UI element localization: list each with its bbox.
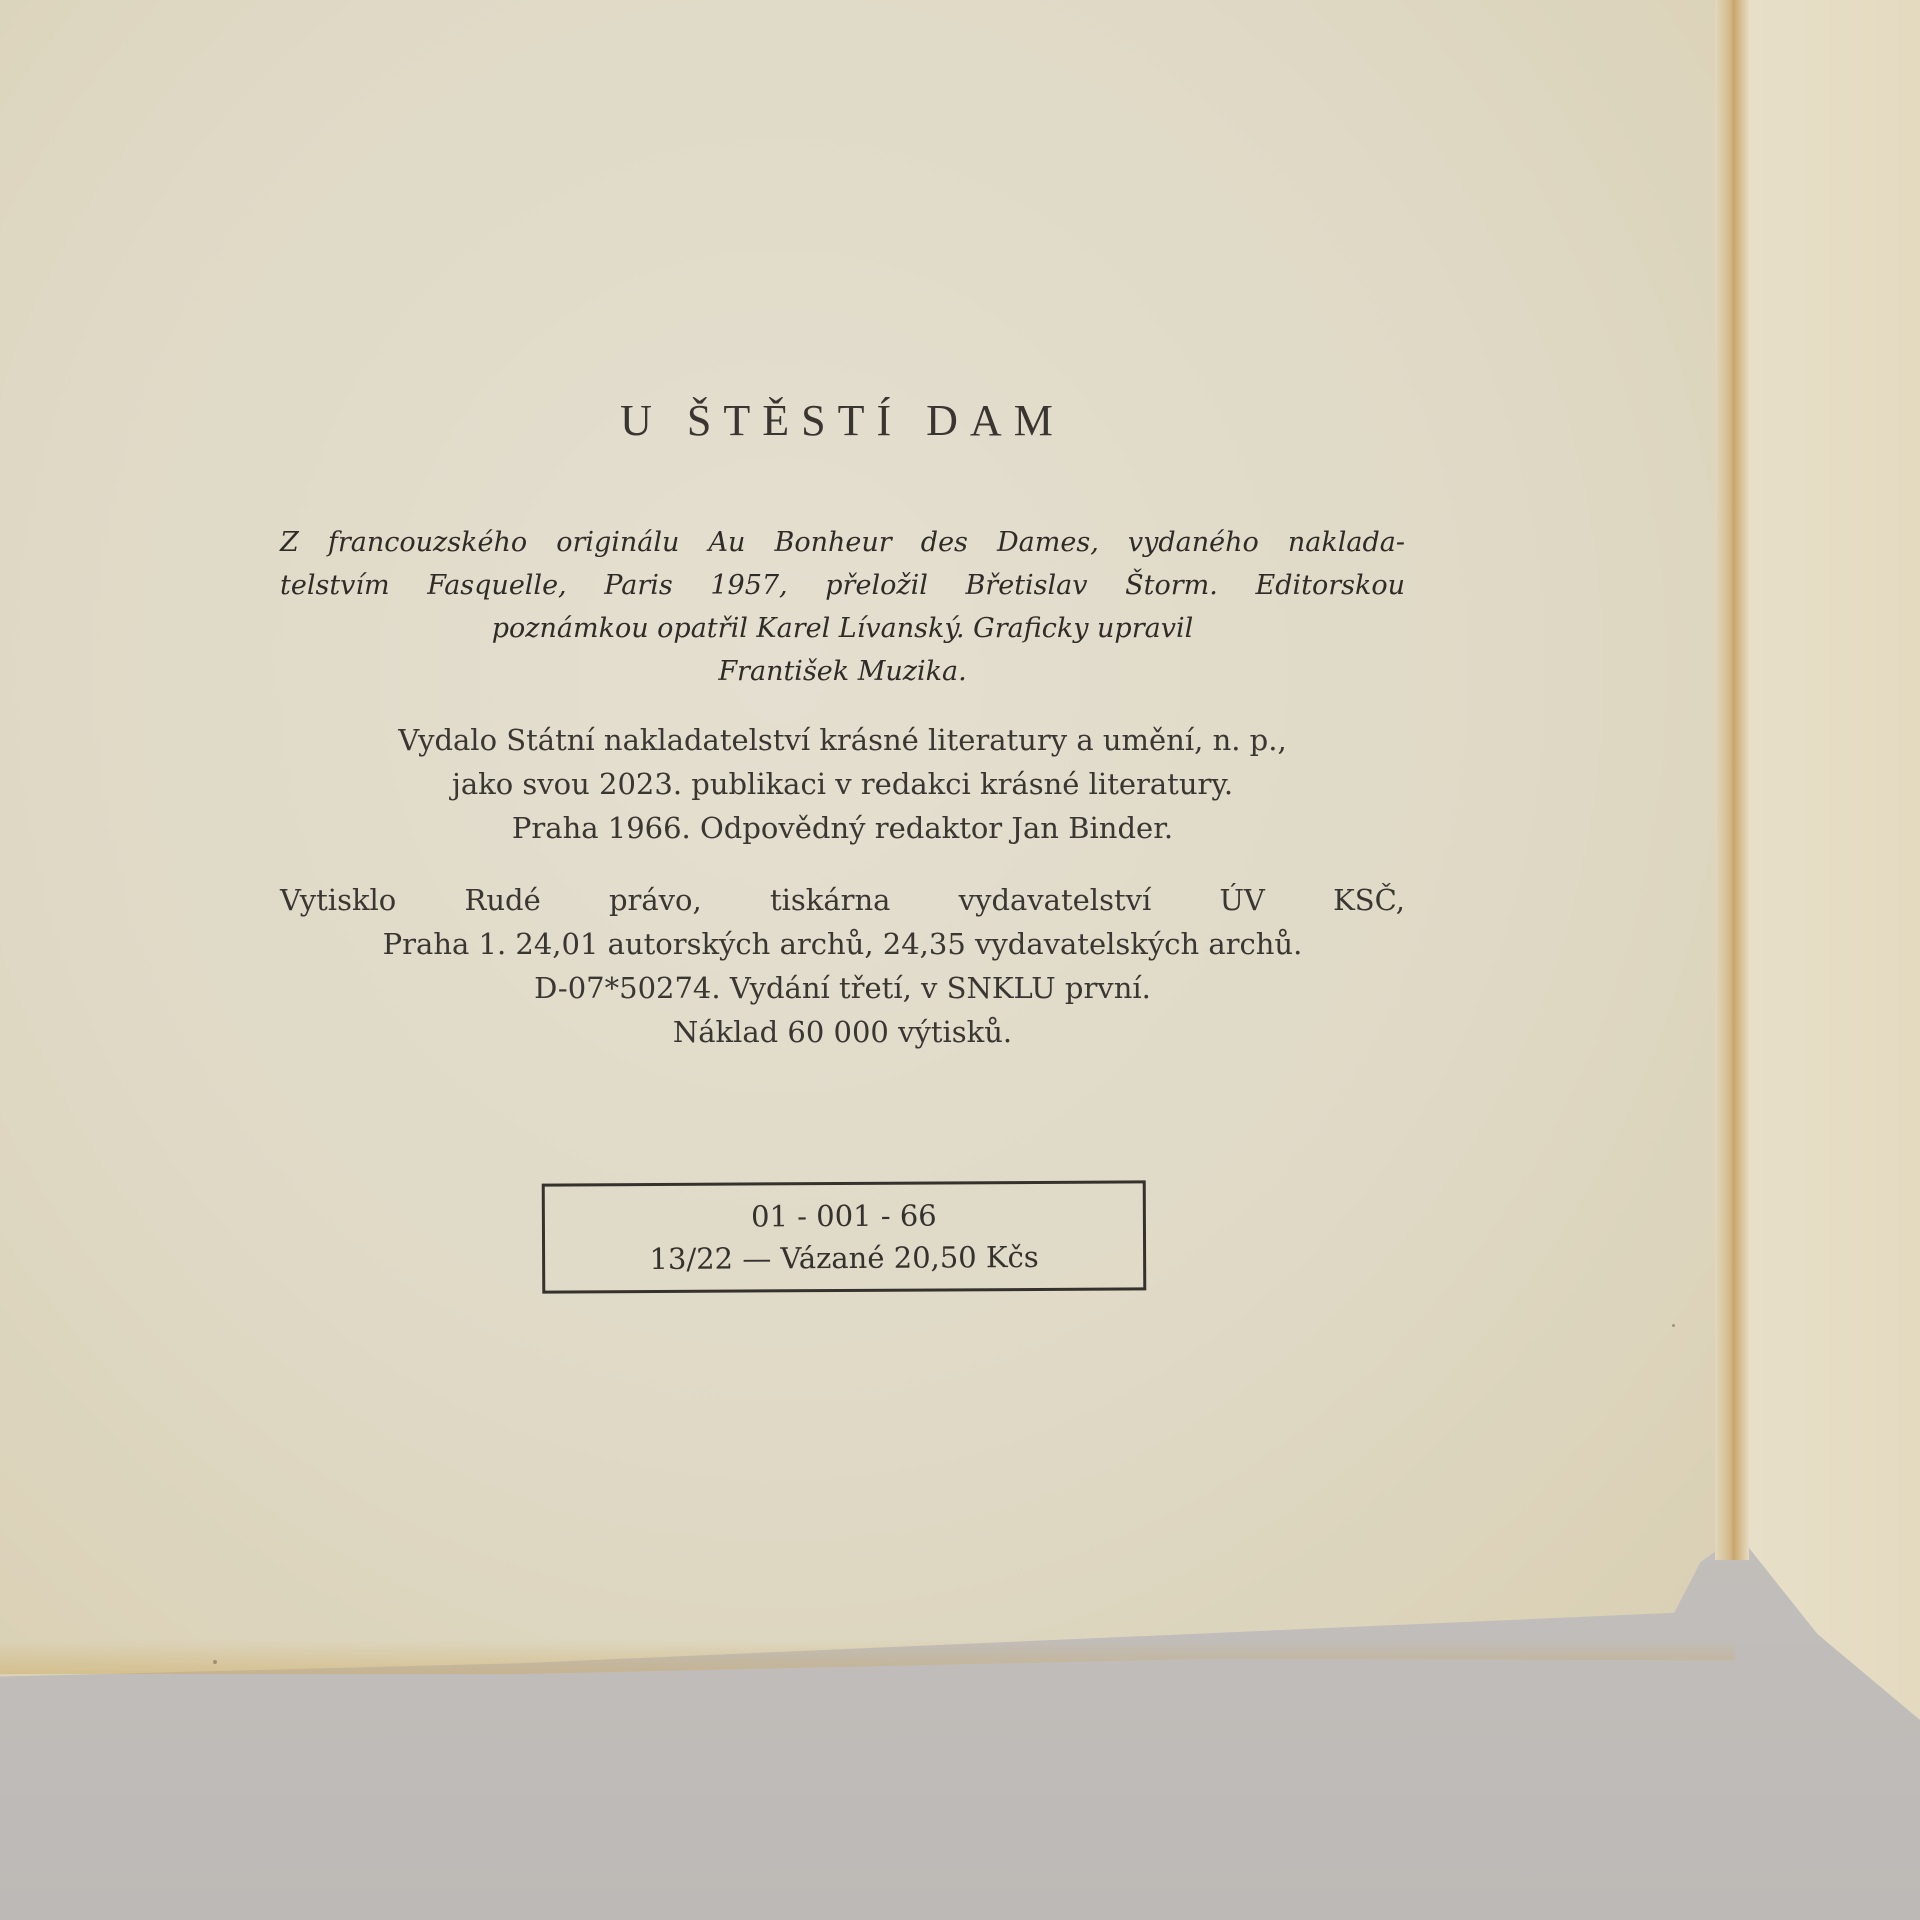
credits-line: František Muzika. (280, 650, 1405, 693)
paper-speck (213, 1660, 217, 1664)
printer-info: Vytisklo Rudé právo, tiskárna vydavatels… (280, 878, 1405, 1054)
credits-line: Z francouzského originálu Au Bonheur des… (280, 521, 1405, 564)
colophon: U ŠTĚSTÍ DAM Z francouzského originálu A… (280, 395, 1405, 1082)
publisher-info: Vydalo Státní nakladatelství krásné lite… (280, 718, 1405, 850)
printer-line: Vytisklo Rudé právo, tiskárna vydavatels… (280, 878, 1405, 922)
credits-line: telstvím Fasquelle, Paris 1957, přeložil… (280, 564, 1405, 607)
printer-line: D-07*50274. Vydání třetí, v SNKLU první. (280, 966, 1405, 1010)
publisher-line: Vydalo Státní nakladatelství krásné lite… (280, 718, 1405, 762)
printer-line: Náklad 60 000 výtisků. (280, 1010, 1405, 1054)
price-box: 01 - 001 - 66 13/22 — Vázané 20,50 Kčs (542, 1180, 1147, 1293)
publisher-line: Praha 1966. Odpovědný redaktor Jan Binde… (280, 806, 1405, 850)
facing-page (1749, 0, 1920, 1720)
catalog-code: 01 - 001 - 66 (545, 1193, 1143, 1238)
translation-credits: Z francouzského originálu Au Bonheur des… (280, 521, 1405, 693)
publisher-line: jako svou 2023. publikaci v redakci krás… (280, 762, 1405, 806)
printer-line: Praha 1. 24,01 autorských archů, 24,35 v… (280, 922, 1405, 966)
book-title: U ŠTĚSTÍ DAM (280, 395, 1405, 446)
paper-speck (1672, 1324, 1675, 1327)
price-label: 13/22 — Vázané 20,50 Kčs (545, 1235, 1143, 1280)
credits-line: poznámkou opatřil Karel Lívanský. Grafic… (280, 607, 1405, 650)
photo-scene: U ŠTĚSTÍ DAM Z francouzského originálu A… (0, 0, 1920, 1920)
book-gutter (1715, 0, 1749, 1560)
